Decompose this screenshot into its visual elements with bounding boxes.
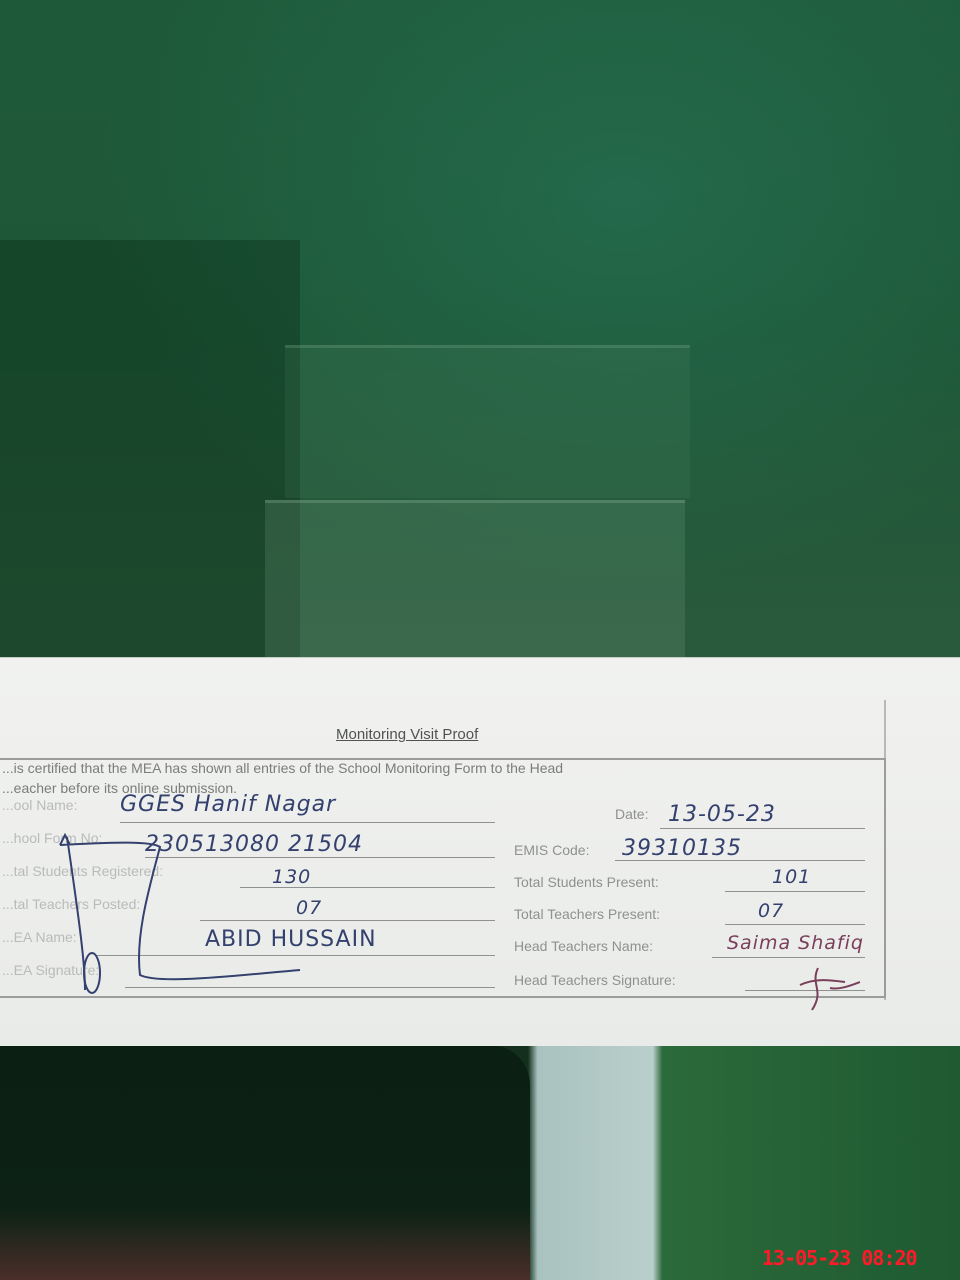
teachers-present-line xyxy=(725,924,865,925)
students-present-value: 101 xyxy=(772,866,811,888)
teachers-present-value: 07 xyxy=(758,900,784,922)
head-teacher-signature-mark xyxy=(790,960,870,1020)
date-value: 13-05-23 xyxy=(668,802,776,827)
head-teacher-name-value: Saima Shafiq xyxy=(727,932,864,954)
window-reflection-lower xyxy=(265,500,685,663)
certification-line-1: ...is certified that the MEA has shown a… xyxy=(2,758,882,778)
person-silhouette xyxy=(0,1045,530,1280)
mea-signature-mark xyxy=(40,825,340,995)
emis-code-value: 39310135 xyxy=(622,836,742,861)
date-line xyxy=(660,828,865,829)
form-title: Monitoring Visit Proof xyxy=(336,726,478,743)
head-teacher-name-label: Head Teachers Name: xyxy=(514,938,653,954)
camera-timestamp: 13-05-23 08:20 xyxy=(762,1246,917,1270)
school-name-line xyxy=(120,822,495,823)
teachers-present-label: Total Teachers Present: xyxy=(514,906,660,922)
window-reflection-upper xyxy=(285,345,690,498)
students-present-label: Total Students Present: xyxy=(514,874,659,890)
students-present-line xyxy=(725,891,865,892)
dark-panel-reflection xyxy=(0,240,300,660)
head-teacher-name-line xyxy=(712,957,865,958)
school-name-label: ...ool Name: xyxy=(2,797,77,813)
head-teacher-signature-label: Head Teachers Signature: xyxy=(514,972,676,988)
emis-code-label: EMIS Code: xyxy=(514,842,589,858)
date-label: Date: xyxy=(615,806,648,822)
school-name-value: GGES Hanif Nagar xyxy=(120,792,336,817)
